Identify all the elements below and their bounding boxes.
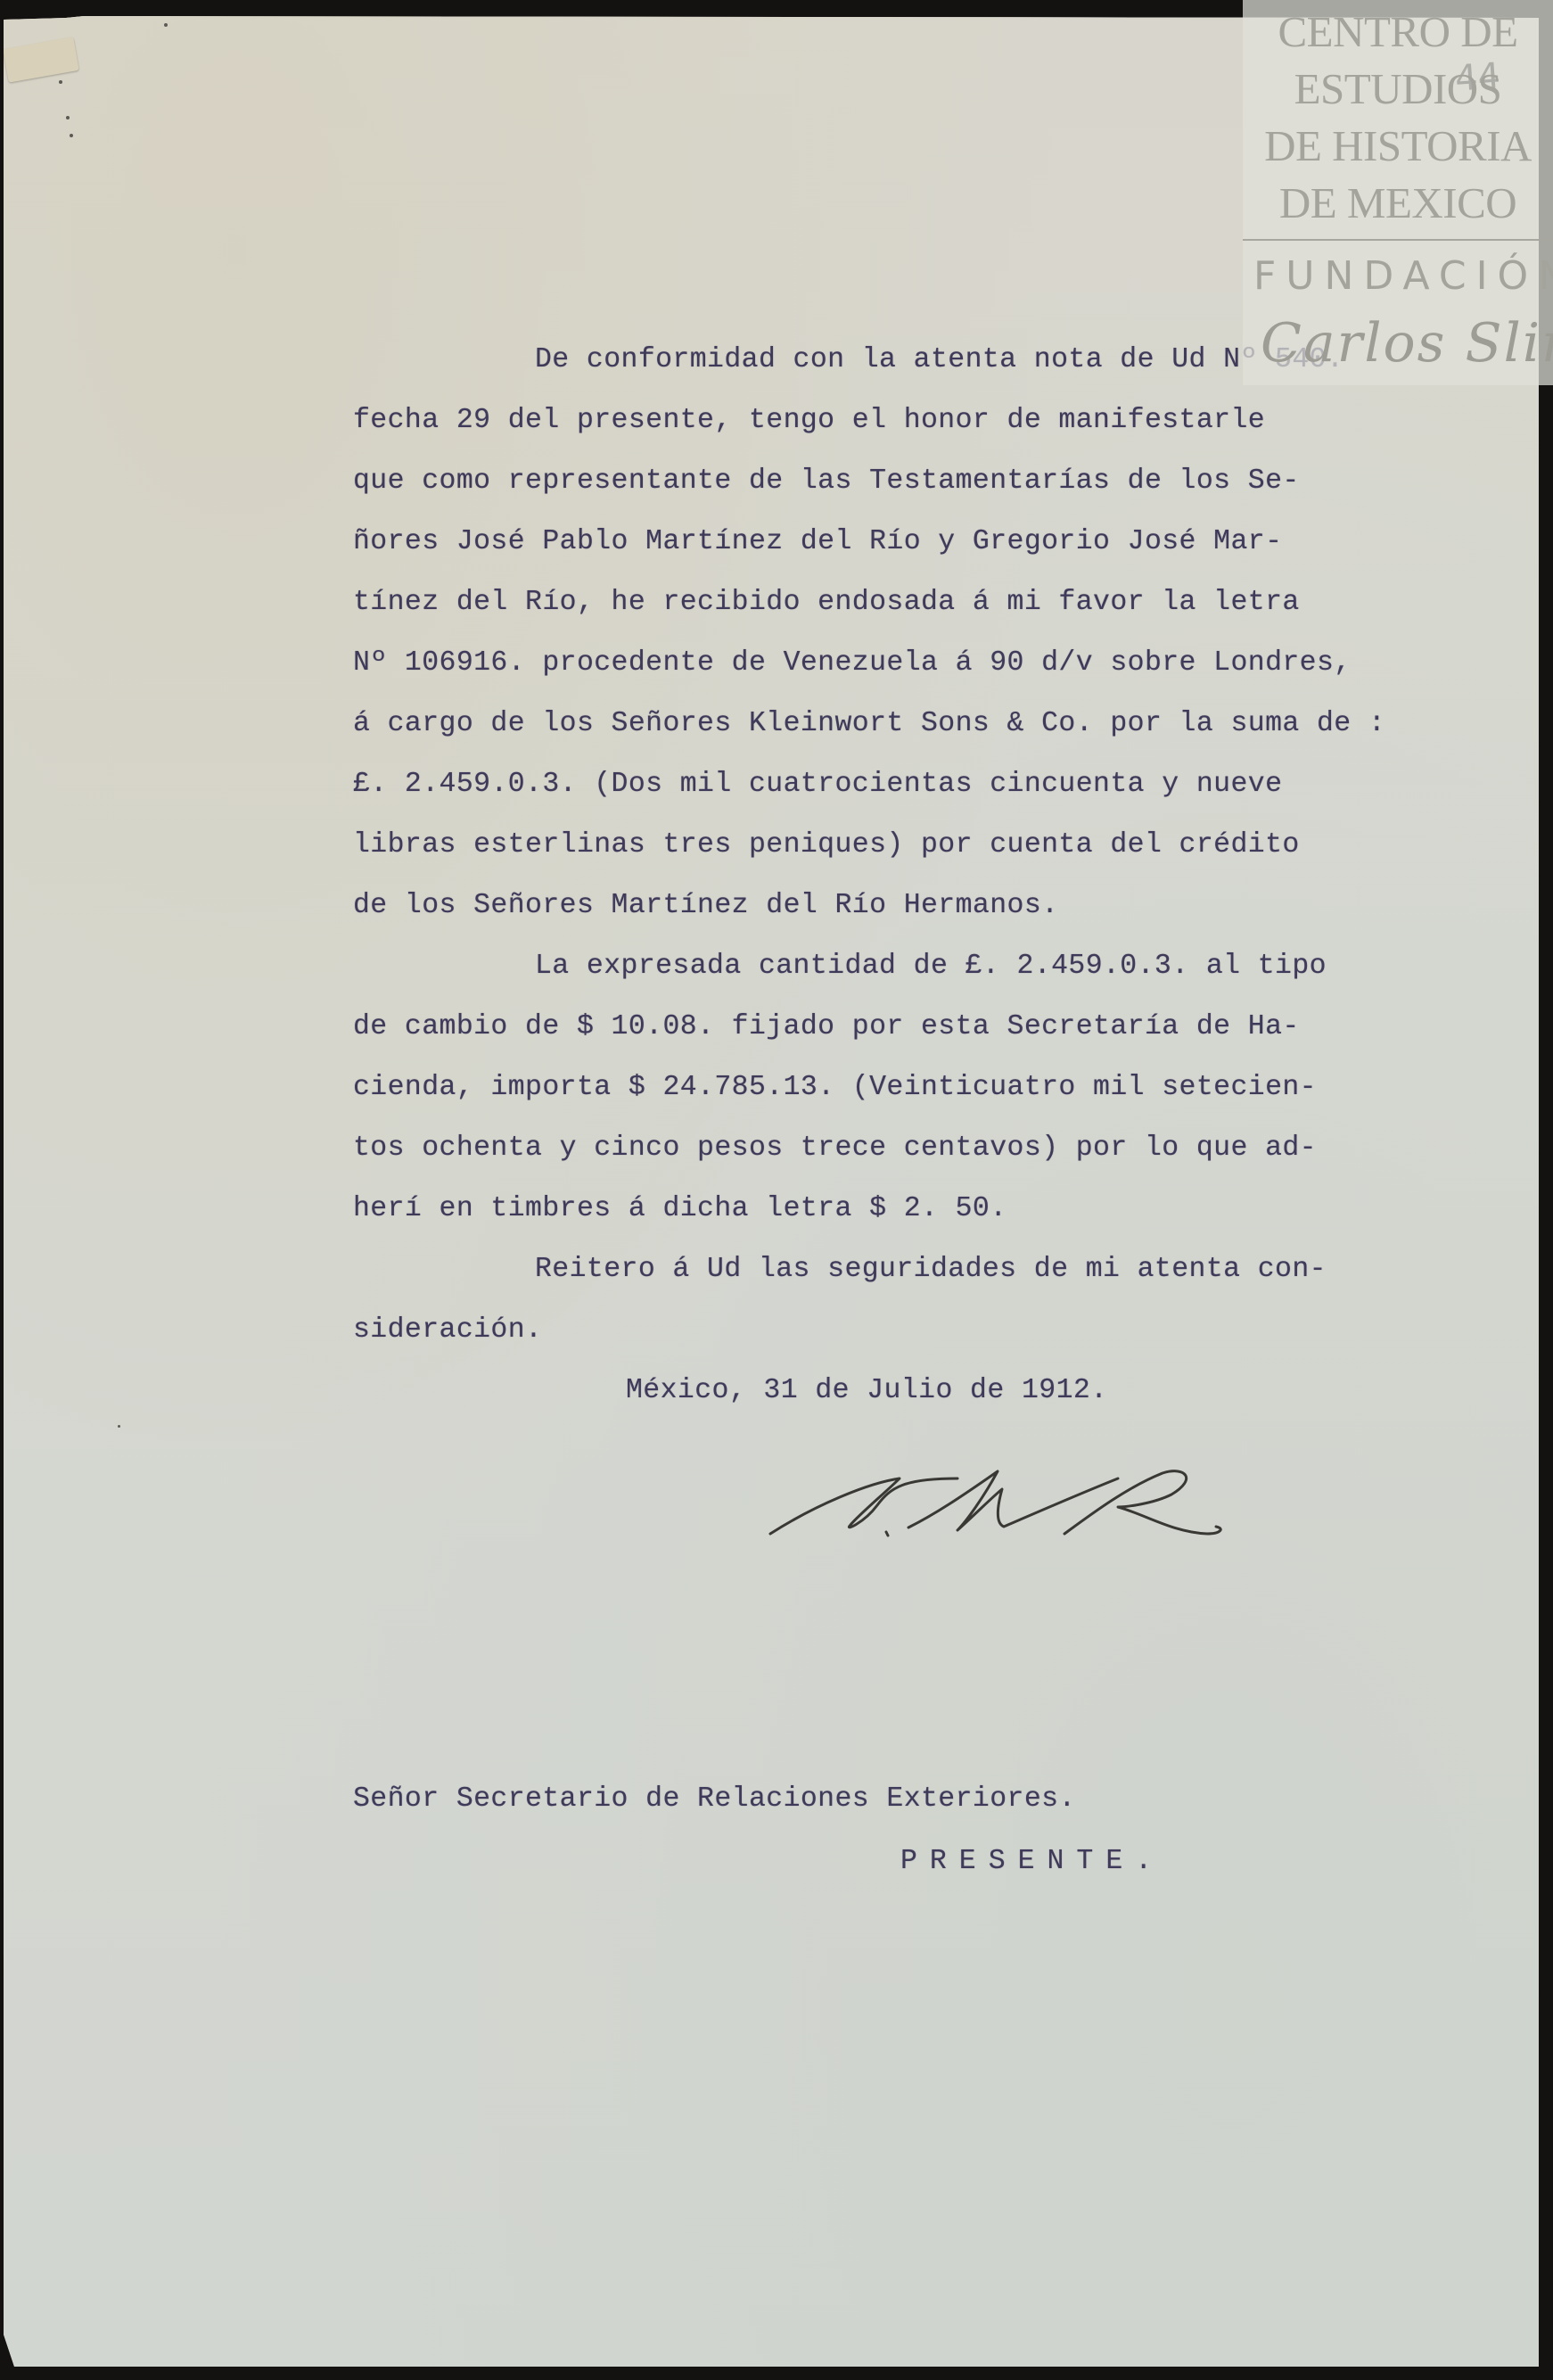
torn-corner bbox=[3, 37, 78, 82]
text-line: herí en timbres á dicha letra $ 2. 50. bbox=[353, 1179, 1476, 1239]
paper-speck bbox=[66, 116, 70, 119]
letter-body: De conformidad con la atenta nota de Ud … bbox=[353, 330, 1476, 1421]
addressee: Señor Secretario de Relaciones Exteriore… bbox=[353, 1783, 1076, 1815]
text-line: á cargo de los Señores Kleinwort Sons & … bbox=[353, 694, 1476, 754]
text-line: sideración. bbox=[353, 1300, 1476, 1361]
text-line: libras esterlinas tres peniques) por cue… bbox=[353, 815, 1476, 876]
watermark-divider bbox=[1243, 239, 1553, 241]
watermark-line: ESTUDIOS bbox=[1243, 61, 1553, 118]
text-line: de cambio de $ 10.08. fijado por esta Se… bbox=[353, 997, 1476, 1058]
text-line: £. 2.459.0.3. (Dos mil cuatrocientas cin… bbox=[353, 754, 1476, 815]
text-line: Reitero á Ud las seguridades de mi atent… bbox=[353, 1239, 1476, 1300]
archive-watermark: CENTRO DE ESTUDIOS DE HISTORIA DE MEXICO… bbox=[1243, 0, 1553, 385]
text-line: tos ochenta y cinco pesos trece centavos… bbox=[353, 1118, 1476, 1179]
text-line: de los Señores Martínez del Río Hermanos… bbox=[353, 876, 1476, 936]
watermark-line: DE MEXICO bbox=[1243, 175, 1553, 232]
watermark-foundation: FUNDACIÓN bbox=[1253, 253, 1553, 299]
text-line: La expresada cantidad de £. 2.459.0.3. a… bbox=[353, 936, 1476, 997]
paper-speck bbox=[118, 1425, 120, 1428]
closing-presente: PRESENTE. bbox=[900, 1846, 1164, 1877]
paper-speck bbox=[164, 23, 168, 27]
text-line: Nº 106916. procedente de Venezuela á 90 … bbox=[353, 633, 1476, 694]
watermark-line: CENTRO DE bbox=[1243, 4, 1553, 61]
text-line: cienda, importa $ 24.785.13. (Veinticuat… bbox=[353, 1058, 1476, 1118]
paper-speck bbox=[70, 134, 73, 137]
watermark-line: DE HISTORIA bbox=[1243, 118, 1553, 175]
text-line: tínez del Río, he recibido endosada á mi… bbox=[353, 572, 1476, 633]
text-line: ñores José Pablo Martínez del Río y Greg… bbox=[353, 512, 1476, 572]
place-date: México, 31 de Julio de 1912. bbox=[353, 1361, 1476, 1421]
handwritten-signature bbox=[744, 1443, 1243, 1541]
watermark-signature: Carlos Slim bbox=[1261, 312, 1553, 375]
text-line: que como representante de las Testamenta… bbox=[353, 451, 1476, 512]
text-line: fecha 29 del presente, tengo el honor de… bbox=[353, 391, 1476, 451]
paper-speck bbox=[59, 80, 62, 84]
